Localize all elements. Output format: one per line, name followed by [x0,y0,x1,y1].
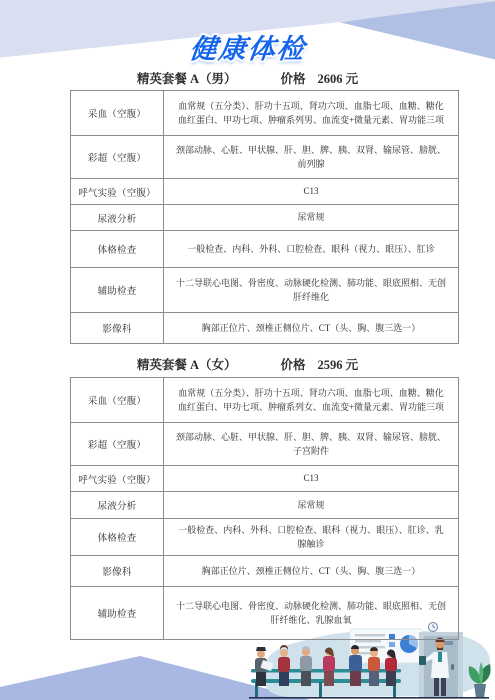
price-label: 价格 [281,355,306,373]
table-row: 彩超（空腹） 颈部动脉、心脏、甲状腺、肝、胆、脾、胰、双肾、输尿管、膀胱、前列腺 [71,135,458,178]
exam-category: 采血（空腹） [71,378,164,422]
exam-items: 尿常规 [164,492,458,518]
page-title: 健康体检 [0,34,495,64]
table-row: 彩超（空腹） 颈部动脉、心脏、甲状腺、肝、胆、脾、胰、双肾、输尿管、膀胱、子宫附… [71,422,458,465]
exam-category: 尿液分析 [71,492,164,518]
table-row: 体格检查 一般检查、内科、外科、口腔检查、眼科（视力、眼压）、肛诊 [71,230,458,267]
package-table-female: 采血（空腹） 血常规（五分类）、肝功十五项、肾功六项、血脂七项、血糖、糖化血红蛋… [70,377,459,640]
exam-items: 血常规（五分类）、肝功十五项、肾功六项、血脂七项、血糖、糖化血红蛋白、甲功七项、… [164,378,458,422]
package-price: 价格 2606 元 [281,69,359,87]
exam-items: 胸部正位片、颈椎正侧位片、CT（头、胸、腹三选一） [164,313,458,343]
exam-category: 采血（空腹） [71,91,164,135]
exam-items: 一般检查、内科、外科、口腔检查、眼科（视力、眼压）、肛诊 [164,231,458,267]
page-title-text: 健康体检 [188,34,308,64]
table-row: 呼气实验（空腹） C13 [71,465,458,491]
exam-category: 体格检查 [71,519,164,555]
table-row: 体格检查 一般检查、内科、外科、口腔检查、眼科（视力、眼压）、肛诊、乳腺触诊 [71,518,458,555]
exam-items: 胸部正位片、颈椎正侧位片、CT（头、胸、腹三选一） [164,556,458,586]
floor-line [249,697,489,699]
table-row: 辅助检查 十二导联心电图、骨密度、动脉硬化检测、肺功能、眼底照相、无创肝纤维化、… [71,586,458,639]
exam-category: 体格检查 [71,231,164,267]
price-value: 2606 元 [318,69,359,87]
package-header-female: 精英套餐 A（女） 价格 2596 元 [0,355,495,373]
package-header-male: 精英套餐 A（男） 价格 2606 元 [0,69,495,87]
exam-items: 颈部动脉、心脏、甲状腺、肝、胆、脾、胰、双肾、输尿管、膀胱、子宫附件 [164,423,458,465]
exam-items: C13 [164,179,458,204]
exam-category: 影像科 [71,313,164,343]
exam-items: 尿常规 [164,205,458,230]
table-row: 采血（空腹） 血常规（五分类）、肝功十五项、肾功六项、血脂七项、血糖、糖化血红蛋… [71,91,458,135]
exam-category: 尿液分析 [71,205,164,230]
exam-category: 辅助检查 [71,268,164,312]
price-value: 2596 元 [318,355,359,373]
exam-items: 颈部动脉、心脏、甲状腺、肝、胆、脾、胰、双肾、输尿管、膀胱、前列腺 [164,136,458,178]
table-row: 尿液分析 尿常规 [71,204,458,230]
exam-items: 血常规（五分类）、肝功十五项、肾功六项、血脂七项、血糖、糖化血红蛋白、甲功七项、… [164,91,458,135]
exam-category: 辅助检查 [71,587,164,639]
package-section-female: 精英套餐 A（女） 价格 2596 元 采血（空腹） 血常规（五分类）、肝功十五… [0,355,495,640]
table-row: 尿液分析 尿常规 [71,491,458,518]
price-label: 价格 [281,69,306,87]
table-row: 采血（空腹） 血常规（五分类）、肝功十五项、肾功六项、血脂七项、血糖、糖化血红蛋… [71,378,458,422]
table-row: 影像科 胸部正位片、颈椎正侧位片、CT（头、胸、腹三选一） [71,312,458,343]
exam-category: 呼气实验（空腹） [71,179,164,204]
exam-category: 彩超（空腹） [71,423,164,465]
exam-category: 影像科 [71,556,164,586]
package-table-male: 采血（空腹） 血常规（五分类）、肝功十五项、肾功六项、血脂七项、血糖、糖化血红蛋… [70,90,459,344]
package-price: 价格 2596 元 [281,355,359,373]
table-row: 呼气实验（空腹） C13 [71,178,458,204]
exam-items: 十二导联心电图、骨密度、动脉硬化检测、肺功能、眼底照相、无创肝纤维化、乳腺血氧 [164,587,458,639]
exam-items: 十二导联心电图、骨密度、动脉硬化检测、肺功能、眼底照相、无创肝纤维化 [164,268,458,312]
table-row: 辅助检查 十二导联心电图、骨密度、动脉硬化检测、肺功能、眼底照相、无创肝纤维化 [71,267,458,312]
package-section-male: 精英套餐 A（男） 价格 2606 元 采血（空腹） 血常规（五分类）、肝功十五… [0,69,495,344]
exam-category: 彩超（空腹） [71,136,164,178]
package-name: 精英套餐 A（男） [137,69,237,87]
health-checkup-flyer: 健康体检 精英套餐 A（男） 价格 2606 元 采血（空腹） 血常规（五分类）… [0,0,495,700]
exam-items: C13 [164,466,458,491]
package-name: 精英套餐 A（女） [137,355,237,373]
exam-items: 一般检查、内科、外科、口腔检查、眼科（视力、眼压）、肛诊、乳腺触诊 [164,519,458,555]
table-row: 影像科 胸部正位片、颈椎正侧位片、CT（头、胸、腹三选一） [71,555,458,586]
exam-category: 呼气实验（空腹） [71,466,164,491]
